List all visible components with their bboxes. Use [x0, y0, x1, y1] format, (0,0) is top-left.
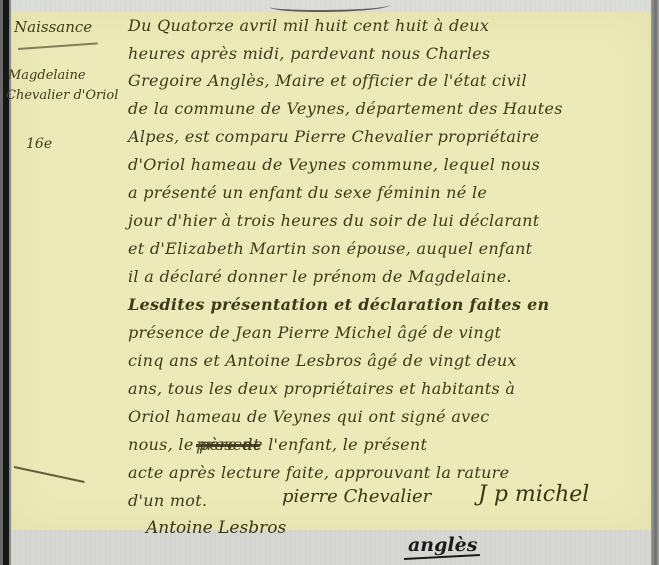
- record-line-16: nous, le père de l'enfant, le présent: [128, 435, 427, 454]
- previous-entry-ink-trace: [270, 0, 390, 12]
- record-line-14: ans, tous les deux propriétaires et habi…: [128, 379, 515, 398]
- register-page: Naissance Magdelaine Chevalier d'Oriol 1…: [0, 0, 659, 565]
- record-line-12: présence de Jean Pierre Michel âgé de vi…: [128, 323, 501, 342]
- record-line-3: Gregoire Anglès, Maire et officier de l'…: [128, 71, 527, 90]
- record-line-8: jour d'hier à trois heures du soir de lu…: [128, 211, 539, 230]
- signature-mayor-angles: anglès: [408, 534, 477, 556]
- record-line-18: d'un mot.: [128, 491, 207, 510]
- record-line-5: Alpes, est comparu Pierre Chevalier prop…: [128, 127, 539, 146]
- record-line-2: heures après midi, pardevant nous Charle…: [128, 44, 490, 63]
- record-line-1: Du Quatorze avril mil huit cent huit à d…: [128, 16, 489, 35]
- record-line-13: cinq ans et Antoine Lesbros âgé de vingt…: [128, 351, 517, 370]
- record-line-9: et d'Elizabeth Martin son épouse, auquel…: [128, 239, 532, 258]
- margin-child-surname: Chevalier d'Oriol: [6, 88, 118, 103]
- margin-child-name: Magdelaine: [8, 68, 86, 83]
- record-line-17: acte après lecture faite, approuvant la …: [128, 463, 509, 482]
- page-edge: [651, 0, 659, 565]
- record-line-4: de la commune de Veynes, département des…: [128, 99, 563, 118]
- margin-entry-number: 16e: [26, 136, 52, 152]
- book-binding: [0, 0, 11, 565]
- signature-jp-michel: J p michel: [478, 482, 589, 507]
- struck-word: present: [196, 435, 260, 454]
- record-line-11: Lesdites présentation et déclaration fai…: [128, 295, 550, 314]
- record-line-15: Oriol hameau de Veynes qui ont signé ave…: [128, 407, 490, 426]
- record-line-10: il a déclaré donner le prénom de Magdela…: [128, 267, 512, 286]
- record-line-6: d'Oriol hameau de Veynes commune, lequel…: [128, 155, 540, 174]
- line-16-text: nous, le père de l'enfant, le présent: [128, 435, 427, 454]
- margin-heading: Naissance: [14, 18, 92, 36]
- signature-antoine-lesbros: Antoine Lesbros: [146, 518, 286, 538]
- signature-pierre-chevalier: pierre Chevalier: [282, 486, 431, 507]
- record-line-7: a présenté un enfant du sexe féminin né …: [128, 183, 487, 202]
